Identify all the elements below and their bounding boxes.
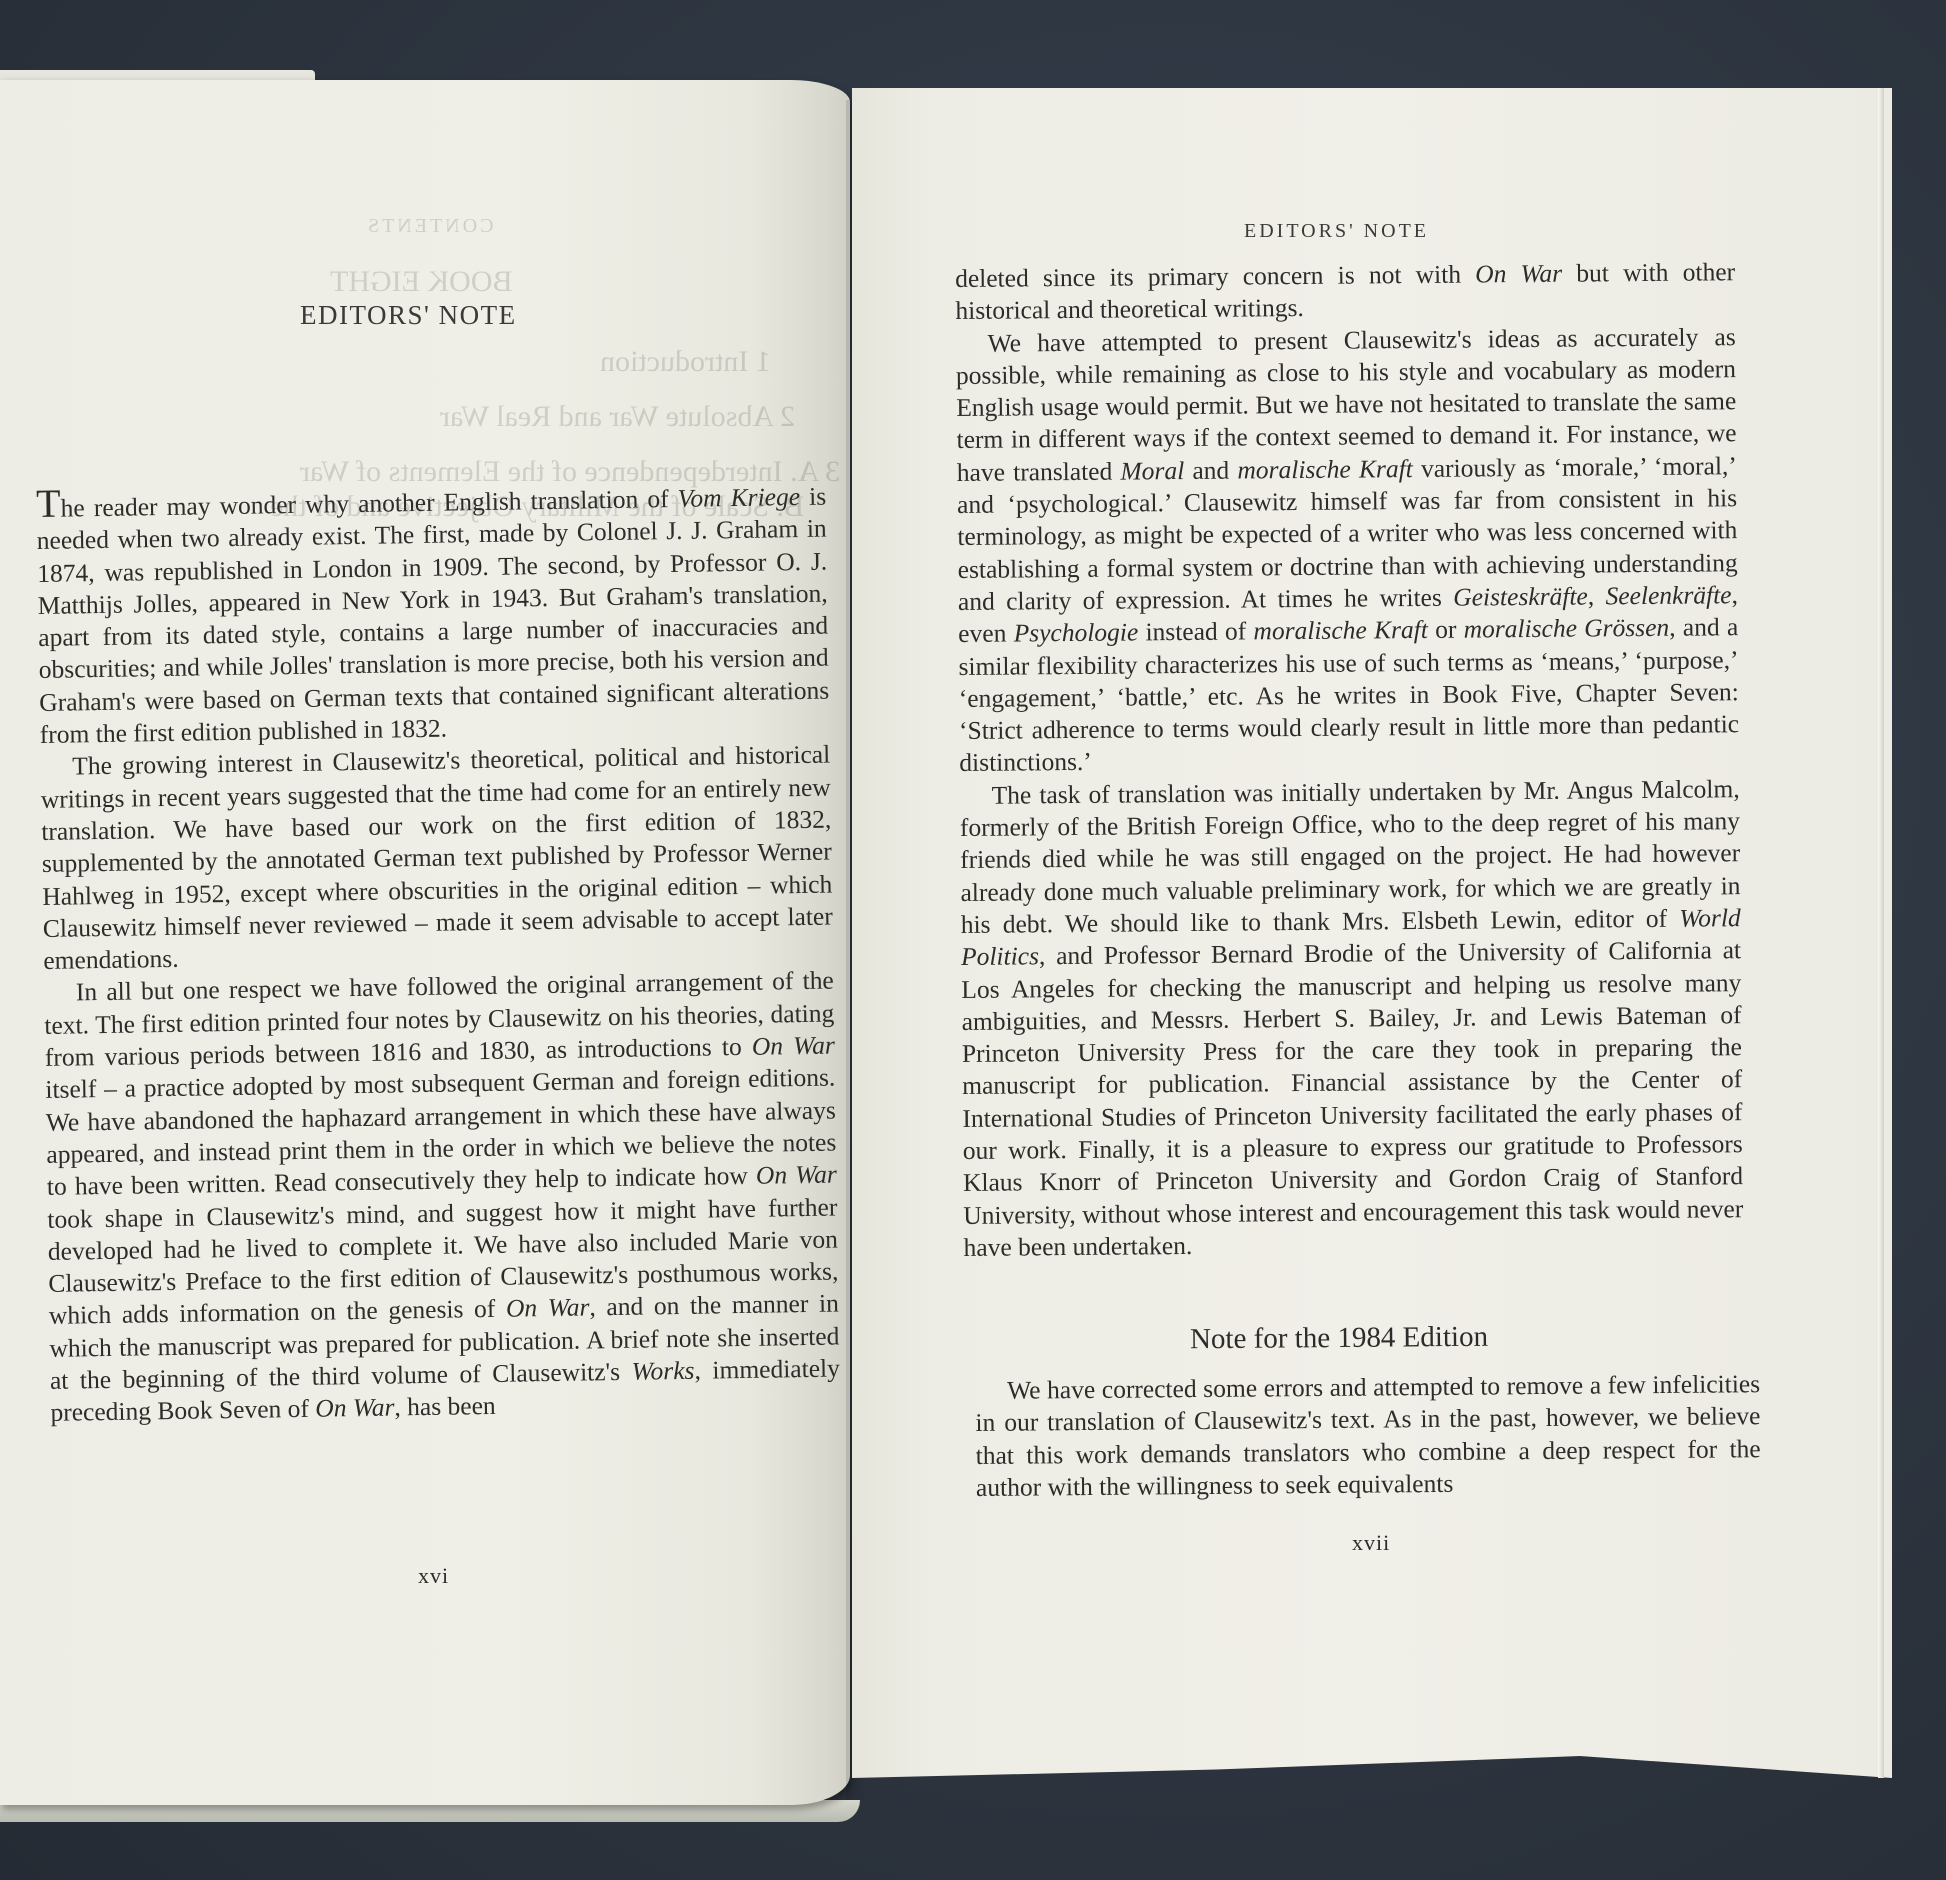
running-head: EDITORS' NOTE — [1244, 220, 1429, 243]
show-through-subheading: BOOK EIGHT — [330, 265, 512, 299]
italic-text: On War — [752, 1031, 835, 1061]
paragraph: deleted since its primary concern is not… — [955, 256, 1736, 327]
italic-text: Psychologie — [1013, 618, 1138, 648]
italic-text: moralische Grössen — [1463, 613, 1669, 644]
italic-text: On War — [756, 1160, 837, 1190]
text-run: The growing interest in Clausewitz's the… — [41, 740, 833, 975]
text-run: itself – a practice adopted by most subs… — [45, 1063, 836, 1201]
italic-text: Seelenkräfte — [1605, 580, 1731, 610]
italic-text: moralische Kraft — [1237, 454, 1413, 485]
text-run: deleted since its primary concern is not… — [955, 259, 1475, 293]
paragraph: We have corrected some errors and attemp… — [975, 1368, 1761, 1504]
italic-text: On War — [1475, 259, 1562, 289]
book-photo: CONTENTS BOOK EIGHT 1 Introduction 2 Abs… — [0, 0, 1946, 1880]
italic-text: On War — [506, 1293, 590, 1323]
paragraph: The growing interest in Clausewitz's the… — [40, 739, 833, 977]
italic-text: Vom Kriege — [677, 482, 800, 513]
text-run: instead of — [1138, 617, 1253, 647]
show-through-item: 1 Introduction — [600, 345, 771, 379]
paragraph: In all but one respect we have followed … — [44, 965, 841, 1430]
show-through-item: 2 Absolute War and Real War — [440, 400, 795, 434]
italic-text: moralische Kraft — [1253, 615, 1428, 646]
page-number-right: xvii — [1352, 1530, 1390, 1556]
section-heading: Note for the 1984 Edition — [1190, 1321, 1488, 1357]
italic-text: Geisteskräfte — [1453, 581, 1588, 611]
text-run: In all but one respect we have followed … — [44, 966, 834, 1072]
text-run: is needed when two already exist. The fi… — [37, 482, 830, 749]
italic-text: Moral — [1120, 456, 1184, 486]
text-run: We have corrected some errors and attemp… — [975, 1369, 1761, 1502]
paragraph: The task of translation was initially un… — [960, 773, 1744, 1264]
text-run: The task of translation was initially un… — [960, 774, 1741, 939]
paragraph: The reader may wonder why another Englis… — [36, 481, 830, 752]
italic-text: Works — [631, 1356, 694, 1386]
text-run: , — [1588, 581, 1606, 610]
italic-text: On War — [315, 1393, 395, 1423]
left-page-body: The reader may wonder why another Englis… — [36, 481, 841, 1430]
page-title: EDITORS' NOTE — [300, 300, 517, 331]
paragraph: We have attempted to present Clausewitz'… — [956, 321, 1740, 780]
text-run: , and Professor Bernard Brodie of the Un… — [961, 935, 1743, 1261]
drop-cap: T — [36, 481, 61, 526]
page-number-left: xvi — [418, 1563, 449, 1589]
text-run: and — [1184, 455, 1237, 484]
right-page-edge — [1878, 88, 1884, 1778]
right-page-body: deleted since its primary concern is not… — [955, 256, 1744, 1264]
show-through-heading: CONTENTS — [365, 215, 493, 238]
text-run: or — [1428, 615, 1464, 644]
text-run: , has been — [394, 1391, 496, 1422]
section-body: We have corrected some errors and attemp… — [975, 1368, 1761, 1504]
